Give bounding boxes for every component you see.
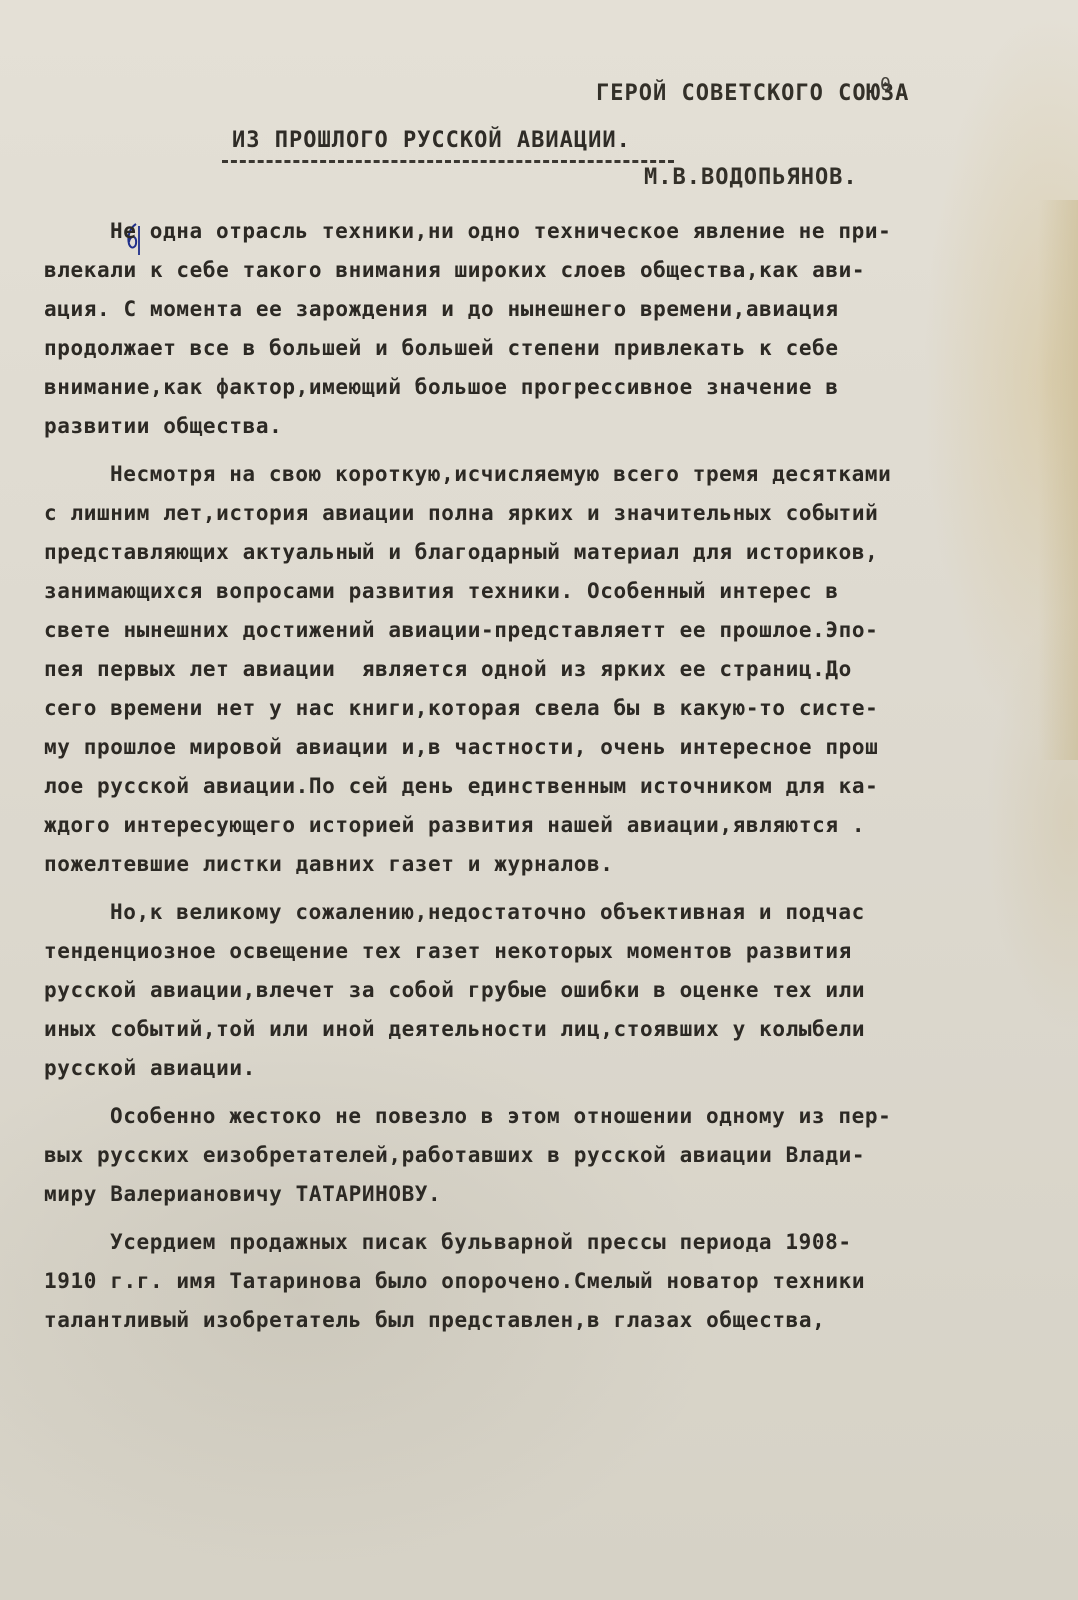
paragraph: Особенно жестоко не повезло в этом отнош… [44, 1097, 1044, 1214]
paper-stain [1038, 200, 1078, 760]
text-line: иных событий,той или иной деятельности л… [44, 1010, 1044, 1049]
paragraph: Усердием продажных писак бульварной прес… [44, 1223, 1044, 1340]
document-body: Не одна отрасль техники,ни одно техничес… [44, 212, 1044, 1340]
typewritten-page: ГЕРОЙ СОВЕТСКОГО СОЮЗА М.В.ВОДОПЬЯНОВ. 0… [0, 0, 1078, 1600]
text-line: Особенно жестоко не повезло в этом отнош… [44, 1097, 1044, 1136]
paragraph-gap [44, 884, 1044, 893]
paragraph-gap [44, 1214, 1044, 1223]
text-line: свете нынешних достижений авиации-предст… [44, 611, 1044, 650]
text-line: Усердием продажных писак бульварной прес… [44, 1223, 1044, 1262]
text-line: русской авиации,влечет за собой грубые о… [44, 971, 1044, 1010]
text-line: талантливый изобретатель был представлен… [44, 1301, 1044, 1340]
text-line: тенденциозное освещение тех газет некото… [44, 932, 1044, 971]
paragraph-gap [44, 446, 1044, 455]
author-name: М.В.ВОДОПЬЯНОВ. [596, 164, 909, 192]
text-line: му прошлое мировой авиации и,в частности… [44, 728, 1044, 767]
text-line: Несмотря на свою короткую,исчисляемую вс… [44, 455, 1044, 494]
text-line: с лишним лет,история авиации полна ярких… [44, 494, 1044, 533]
paragraph: Но,к великому сожалению,недостаточно объ… [44, 893, 1044, 1088]
text-line: ация. С момента ее зарождения и до нынеш… [44, 290, 1044, 329]
paragraph-gap [44, 1088, 1044, 1097]
text-line: влекали к себе такого внимания широких с… [44, 251, 1044, 290]
text-line: сего времени нет у нас книги,которая све… [44, 689, 1044, 728]
text-line: вых русских еизобретателей,работавших в … [44, 1136, 1044, 1175]
title-underline [222, 160, 674, 163]
text-line: пожелтевшие листки давних газет и журнал… [44, 845, 1044, 884]
text-line: лое русской авиации.По сей день единстве… [44, 767, 1044, 806]
document-title: ИЗ ПРОШЛОГО РУССКОЙ АВИАЦИИ. [232, 128, 631, 153]
text-line: пея первых лет авиации является одной из… [44, 650, 1044, 689]
text-line: Не одна отрасль техники,ни одно техничес… [44, 212, 1044, 251]
text-line: 1910 г.г. имя Татаринова было опорочено.… [44, 1262, 1044, 1301]
text-line: Но,к великому сожалению,недостаточно объ… [44, 893, 1044, 932]
text-line: русской авиации. [44, 1049, 1044, 1088]
text-line: представляющих актуальный и благодарный … [44, 533, 1044, 572]
text-line: внимание,как фактор,имеющий большое прог… [44, 368, 1044, 407]
text-line: развитии общества. [44, 407, 1044, 446]
paragraph: Несмотря на свою короткую,исчисляемую вс… [44, 455, 1044, 884]
text-line: миру Валериановичу ТАТАРИНОВУ. [44, 1175, 1044, 1214]
author-rank: ГЕРОЙ СОВЕТСКОГО СОЮЗА [596, 80, 909, 108]
page-mark: 0 [880, 74, 891, 95]
text-line: продолжает все в большей и большей степе… [44, 329, 1044, 368]
text-line: ждого интересующего историей развития на… [44, 806, 1044, 845]
text-line: занимающихся вопросами развития техники.… [44, 572, 1044, 611]
paragraph: Не одна отрасль техники,ни одно техничес… [44, 212, 1044, 446]
